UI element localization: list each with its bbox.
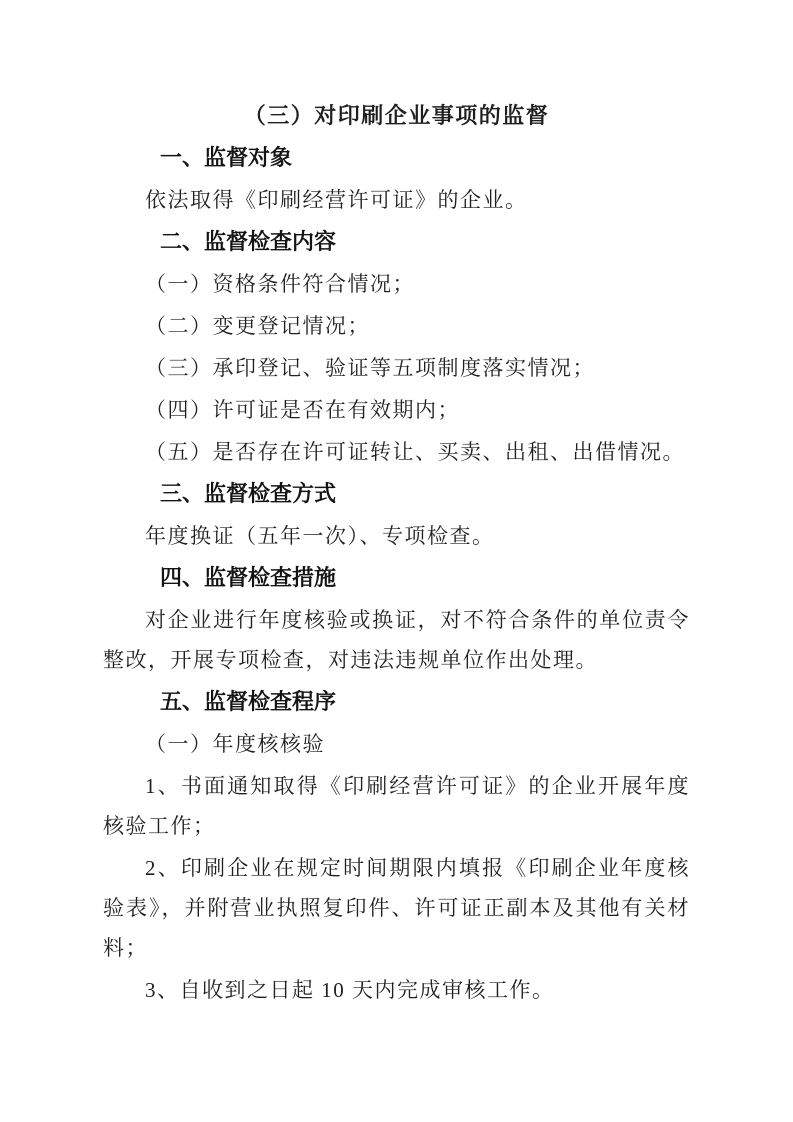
paragraph: 年度换证（五年一次）、专项检查。 <box>103 516 690 556</box>
paragraph: 对企业进行年度核验或换证，对不符合条件的单位责令整改，开展专项检查，对违法违规单… <box>103 600 690 680</box>
paragraph: 3、自收到之日起 10 天内完成审核工作。 <box>103 970 690 1010</box>
paragraph: （四）许可证是否在有效期内； <box>103 390 690 430</box>
paragraph: （五）是否存在许可证转让、买卖、出租、出借情况。 <box>103 432 690 472</box>
paragraph: （三）承印登记、验证等五项制度落实情况； <box>103 348 690 388</box>
section-supervision-target: 一、监督对象 依法取得《印刷经营许可证》的企业。 <box>103 138 690 220</box>
paragraph: 1、书面通知取得《印刷经营许可证》的企业开展年度核验工作； <box>103 766 690 846</box>
section-heading: 一、监督对象 <box>103 138 690 178</box>
page-title: （三）对印刷企业事项的监督 <box>103 96 690 136</box>
paragraph: （一）资格条件符合情况； <box>103 264 690 304</box>
section-heading: 四、监督检查措施 <box>103 558 690 598</box>
paragraph: （一）年度核核验 <box>103 724 690 764</box>
section-heading: 三、监督检查方式 <box>103 474 690 514</box>
section-heading: 五、监督检查程序 <box>103 682 690 722</box>
section-inspection-procedure: 五、监督检查程序 （一）年度核核验 1、书面通知取得《印刷经营许可证》的企业开展… <box>103 682 690 1010</box>
section-inspection-method: 三、监督检查方式 年度换证（五年一次）、专项检查。 <box>103 474 690 556</box>
section-heading: 二、监督检查内容 <box>103 222 690 262</box>
document-page: （三）对印刷企业事项的监督 一、监督对象 依法取得《印刷经营许可证》的企业。 二… <box>0 0 793 1122</box>
paragraph: 2、印刷企业在规定时间期限内填报《印刷企业年度核验表》，并附营业执照复印件、许可… <box>103 848 690 968</box>
section-inspection-content: 二、监督检查内容 （一）资格条件符合情况； （二）变更登记情况； （三）承印登记… <box>103 222 690 472</box>
paragraph: （二）变更登记情况； <box>103 306 690 346</box>
section-inspection-measures: 四、监督检查措施 对企业进行年度核验或换证，对不符合条件的单位责令整改，开展专项… <box>103 558 690 680</box>
paragraph: 依法取得《印刷经营许可证》的企业。 <box>103 180 690 220</box>
